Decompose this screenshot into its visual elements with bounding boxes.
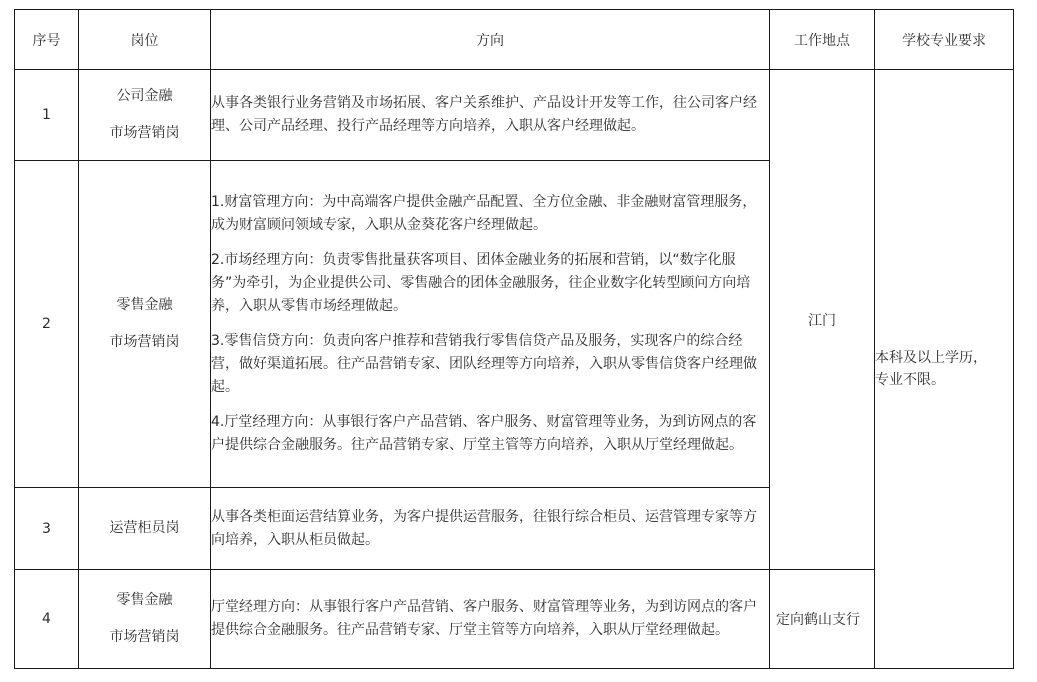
header-direction: 方向	[211, 10, 770, 70]
direction-text: 4.厅堂经理方向：从事银行客户产品营销、客户服务、财富管理等业务，为到访网点的客…	[211, 411, 769, 457]
position-line: 公司金融	[79, 78, 210, 115]
position-line: 市场营销岗	[79, 324, 210, 361]
direction-cell: 1.财富管理方向：为中高端客户提供金融产品配置、全方位金融、非金融财富管理服务，…	[211, 161, 770, 488]
header-row: 序号 岗位 方向 工作地点 学校专业要求	[15, 10, 1014, 70]
row-number: 2	[15, 161, 79, 488]
direction-cell: 从事各类银行业务营销及市场拓展、客户关系维护、产品设计开发等工作，往公司客户经理…	[211, 70, 770, 161]
position-line: 零售金融	[79, 582, 210, 619]
education-line: 专业不限。	[875, 369, 1013, 391]
education-line: 本科及以上学历，	[875, 347, 1013, 369]
direction-text: 3.零售信贷方向：负责向客户推荐和营销我行零售信贷产品及服务，实现客户的综合经营…	[211, 330, 769, 399]
education-cell: 本科及以上学历， 专业不限。	[875, 70, 1014, 669]
direction-cell: 厅堂经理方向：从事银行客户产品营销、客户服务、财富管理等业务，为到访网点的客户提…	[211, 570, 770, 669]
position-line: 零售金融	[79, 287, 210, 324]
position-cell: 零售金融 市场营销岗	[79, 570, 211, 669]
position-line: 市场营销岗	[79, 115, 210, 152]
direction-text: 从事各类柜面运营结算业务，为客户提供运营服务，往银行综合柜员、运营管理专家等方向…	[211, 506, 769, 552]
row-number: 4	[15, 570, 79, 669]
direction-text: 1.财富管理方向：为中高端客户提供金融产品配置、全方位金融、非金融财富管理服务，…	[211, 191, 769, 237]
recruitment-table: 序号 岗位 方向 工作地点 学校专业要求 1 公司金融 市场营销岗 从事各类银行…	[14, 9, 1014, 669]
position-line: 运营柜员岗	[79, 510, 210, 547]
header-number: 序号	[15, 10, 79, 70]
row-number: 3	[15, 488, 79, 570]
position-cell: 公司金融 市场营销岗	[79, 70, 211, 161]
row-number: 1	[15, 70, 79, 161]
header-education: 学校专业要求	[875, 10, 1014, 70]
direction-text: 从事各类银行业务营销及市场拓展、客户关系维护、产品设计开发等工作，往公司客户经理…	[211, 92, 769, 138]
header-position: 岗位	[79, 10, 211, 70]
header-location: 工作地点	[770, 10, 875, 70]
position-cell: 零售金融 市场营销岗	[79, 161, 211, 488]
table-row: 4 零售金融 市场营销岗 厅堂经理方向：从事银行客户产品营销、客户服务、财富管理…	[15, 570, 1014, 669]
direction-text: 厅堂经理方向：从事银行客户产品营销、客户服务、财富管理等业务，为到访网点的客户提…	[211, 596, 769, 642]
position-line: 市场营销岗	[79, 619, 210, 656]
table-row: 1 公司金融 市场营销岗 从事各类银行业务营销及市场拓展、客户关系维护、产品设计…	[15, 70, 1014, 161]
direction-text: 2.市场经理方向：负责零售批量获客项目、团体金融业务的拓展和营销，以“数字化服务…	[211, 249, 769, 318]
location-cell: 江门	[770, 70, 875, 570]
direction-cell: 从事各类柜面运营结算业务，为客户提供运营服务，往银行综合柜员、运营管理专家等方向…	[211, 488, 770, 570]
position-cell: 运营柜员岗	[79, 488, 211, 570]
location-cell: 定向鹤山支行	[770, 570, 875, 669]
